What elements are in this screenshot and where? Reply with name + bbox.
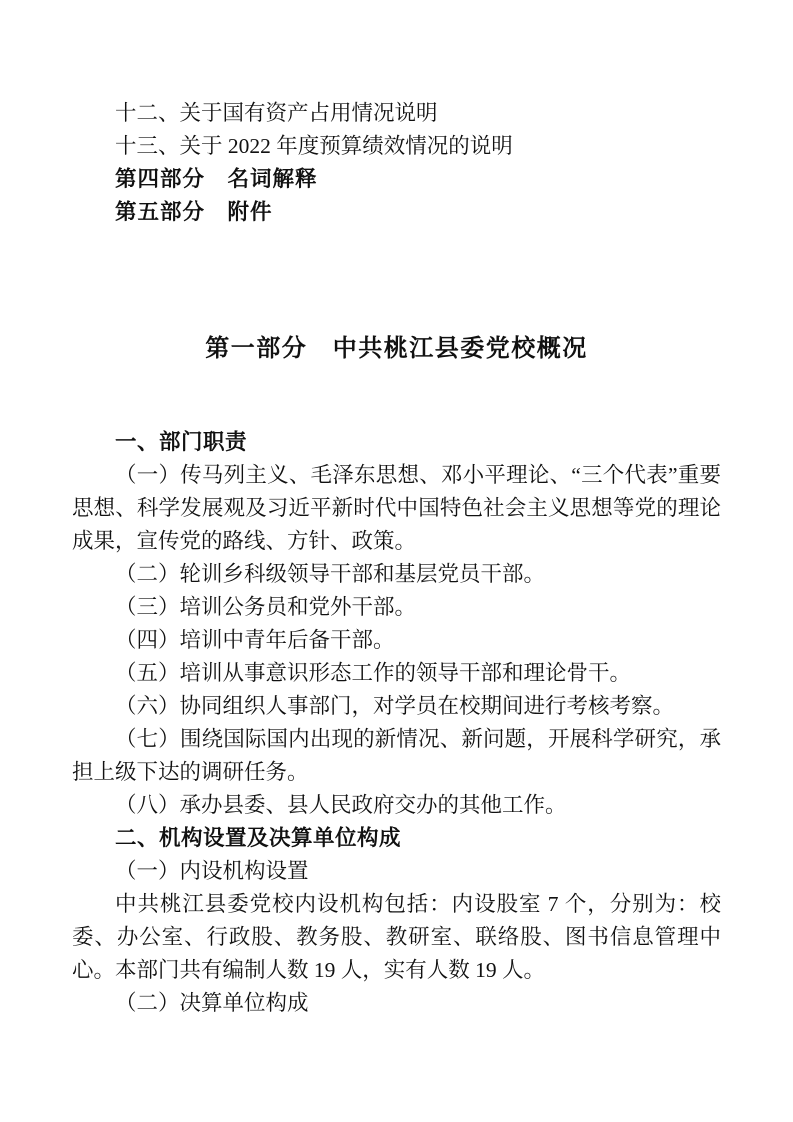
duty-item-8: （八）承办县委、县人民政府交办的其他工作。 [72, 789, 721, 822]
duty-item-5: （五）培训从事意识形态工作的领导干部和理论骨干。 [72, 657, 721, 690]
duty-item-4: （四）培训中青年后备干部。 [72, 624, 721, 657]
duty-item-2: （二）轮训乡科级领导干部和基层党员干部。 [72, 558, 721, 591]
section2-heading: 二、机构设置及决算单位构成 [72, 822, 721, 855]
section1-heading: 一、部门职责 [72, 426, 721, 459]
document-page: 十二、关于国有资产占用情况说明 十三、关于 2022 年度预算绩效情况的说明 第… [0, 0, 793, 1122]
toc-item-13: 十三、关于 2022 年度预算绩效情况的说明 [72, 130, 721, 163]
toc-item-12: 十二、关于国有资产占用情况说明 [72, 97, 721, 130]
section2-sub2-heading: （二）决算单位构成 [72, 987, 721, 1020]
toc-part4-header: 第四部分 名词解释 [72, 163, 721, 196]
duty-item-3: （三）培训公务员和党外干部。 [72, 591, 721, 624]
section2-sub1-heading: （一）内设机构设置 [72, 855, 721, 888]
duty-item-6: （六）协同组织人事部门，对学员在校期间进行考核考察。 [72, 690, 721, 723]
part1-title: 第一部分 中共桃江县委党校概况 [72, 328, 721, 370]
toc-part5-header: 第五部分 附件 [72, 196, 721, 229]
duty-item-1: （一）传马列主义、毛泽东思想、邓小平理论、“三个代表”重要思想、科学发展观及习近… [72, 459, 721, 558]
duty-item-7: （七）围绕国际国内出现的新情况、新问题，开展科学研究，承担上级下达的调研任务。 [72, 723, 721, 789]
section2-sub1-text: 中共桃江县委党校内设机构包括：内设股室 7 个，分别为：校委、办公室、行政股、教… [72, 888, 721, 987]
